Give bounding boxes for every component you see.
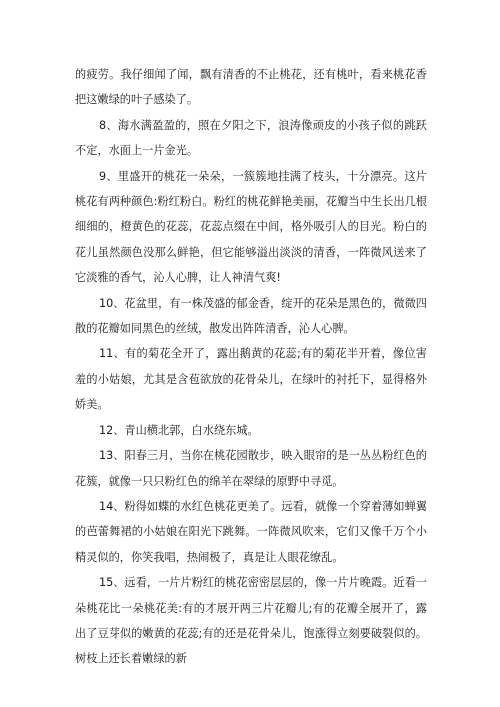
paragraph-13: 13、阳春三月，当你在桃花园散步，映入眼帘的是一丛丛粉红色的花簇，就像一只只粉红… <box>75 443 427 494</box>
paragraph-continuation: 的疲劳。我仔细闻了闻，飘有清香的不止桃花，还有桃叶，看来桃花香把这嫩绿的叶子感染… <box>75 62 427 113</box>
paragraph-12: 12、青山横北郭，白水绕东城。 <box>75 418 427 443</box>
paragraph-15: 15、远看，一片片粉红的桃花密密层层的，像一片片晚霞。近看一朵桃花比一朵桃花美:… <box>75 570 427 672</box>
paragraph-14: 14、粉得如蝶的水红色桃花更美了。远看，就像一个穿着薄如蝉翼的芭蕾舞裙的小姑娘在… <box>75 494 427 570</box>
paragraph-11: 11、有的菊花全开了，露出鹅黄的花蕊;有的菊花半开着，像位害羞的小姑娘，尤其是含… <box>75 341 427 417</box>
paragraph-8: 8、海水满盈盈的，照在夕阳之下，浪涛像顽皮的小孩子似的跳跃不定，水面上一片金光。 <box>75 113 427 164</box>
paragraph-10: 10、花盆里，有一株茂盛的郁金香，绽开的花朵是黑色的，微微四散的花瓣如同黑色的丝… <box>75 291 427 342</box>
paragraph-9: 9、里盛开的桃花一朵朵，一簇簇地挂满了枝头，十分漂亮。这片桃花有两种颜色:粉红粉… <box>75 164 427 291</box>
document-page: 的疲劳。我仔细闻了闻，飘有清香的不止桃花，还有桃叶，看来桃花香把这嫩绿的叶子感染… <box>75 62 427 672</box>
